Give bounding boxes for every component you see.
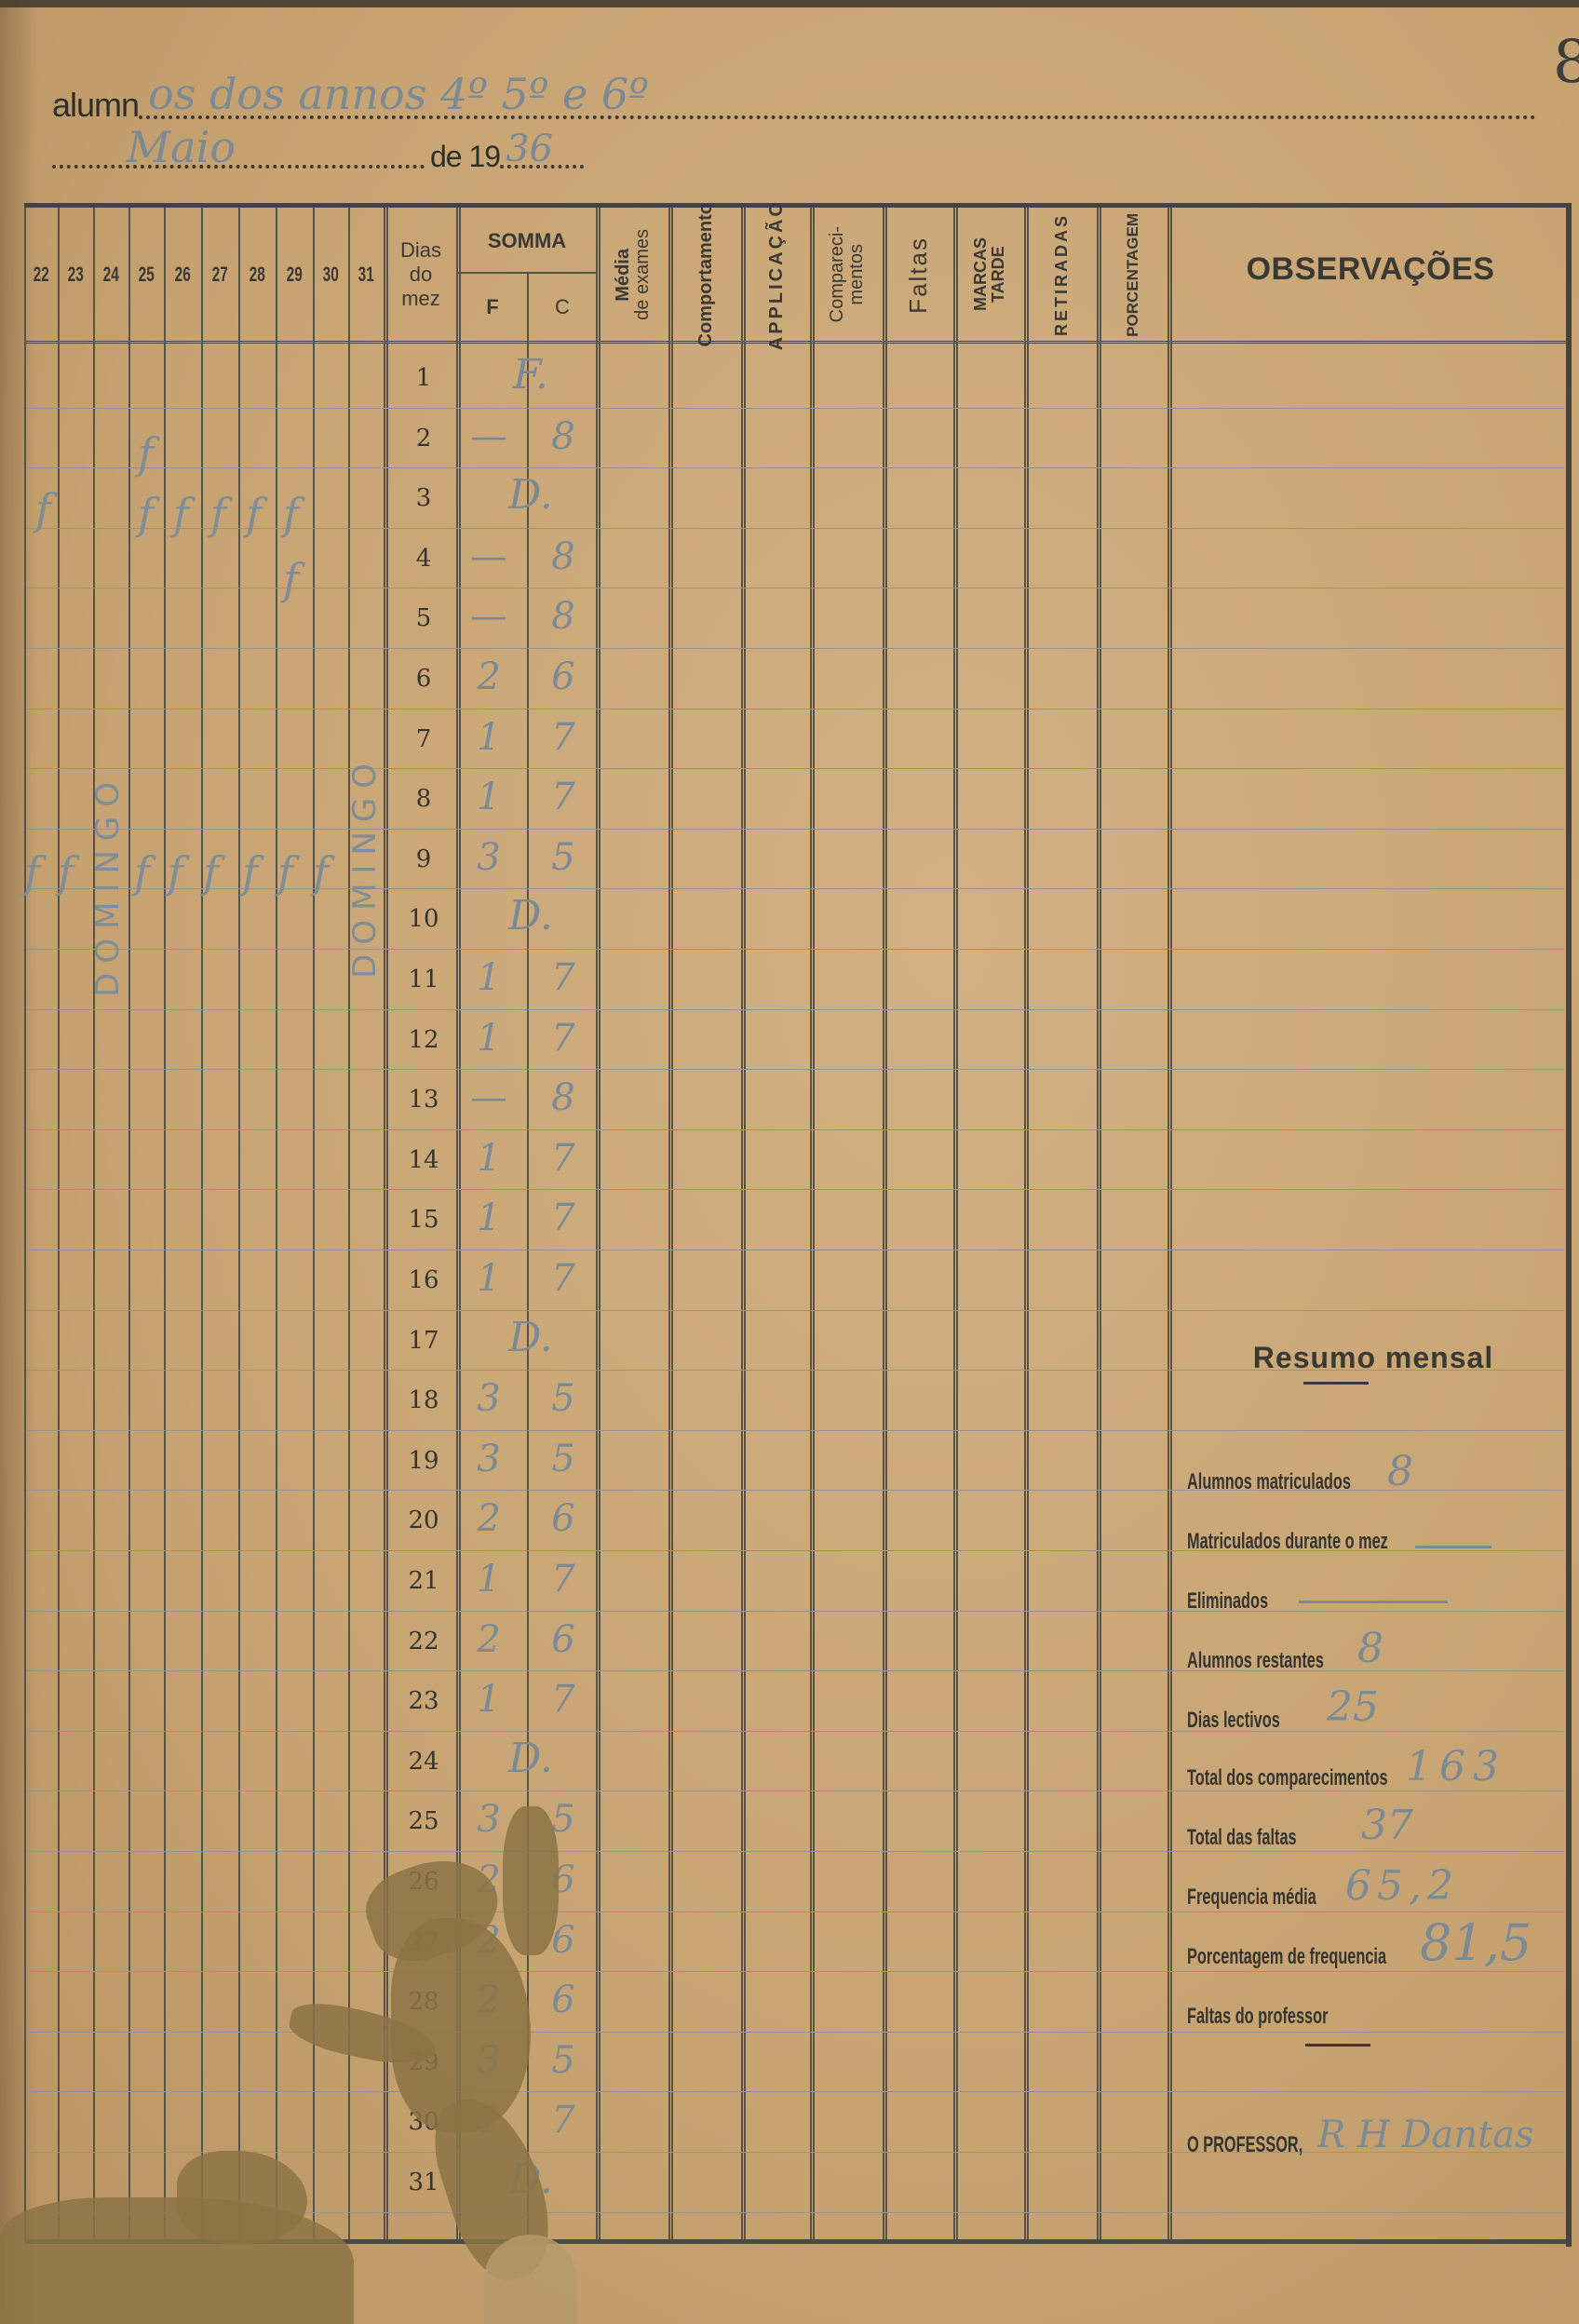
retiradas-header: RETIRADAS bbox=[1026, 210, 1097, 339]
paper-damage bbox=[503, 1806, 559, 1955]
year-dotted-field: 36 bbox=[500, 155, 584, 169]
col-line bbox=[238, 208, 240, 2239]
media-label: Média bbox=[614, 249, 633, 302]
somma-label: SOMMA bbox=[488, 229, 566, 253]
faltas-count: 1 bbox=[456, 1017, 521, 1060]
faltas-header: Faltas bbox=[884, 210, 953, 339]
row-line bbox=[26, 1129, 1564, 1130]
day-number: 19 bbox=[391, 1447, 456, 1475]
eliminados-label: Eliminados bbox=[1187, 1588, 1268, 1615]
absence-mark: f bbox=[246, 489, 262, 539]
comparecimentos-count: 7 bbox=[531, 1017, 596, 1060]
day-number: 2 bbox=[391, 425, 456, 453]
c-label: C bbox=[555, 295, 570, 319]
day-col-header: 22 bbox=[33, 263, 48, 287]
row-line bbox=[26, 829, 1564, 830]
porcentagem-frequencia-label: Porcentagem de frequencia bbox=[1187, 1944, 1386, 1970]
professor-signature: R H Dantas bbox=[1317, 2114, 1534, 2156]
somma-header: SOMMA bbox=[458, 210, 596, 272]
comparecimentos-count: 7 bbox=[531, 1196, 596, 1239]
day-number: 9 bbox=[391, 845, 456, 873]
de-exames-label: de exames bbox=[633, 229, 653, 320]
day-number: 12 bbox=[391, 1026, 456, 1054]
dias-lectivos-label: Dias lectivos bbox=[1187, 1708, 1280, 1734]
day-number: 22 bbox=[391, 1628, 456, 1655]
porcentagem-header: PORCENTAGEM bbox=[1099, 210, 1167, 339]
day-number: 11 bbox=[391, 966, 456, 993]
col-line bbox=[276, 208, 277, 2239]
row-line bbox=[26, 2091, 1564, 2092]
comparecimentos-count: 7 bbox=[531, 956, 596, 999]
observacoes-header: OBSERVAÇÕES bbox=[1175, 251, 1566, 288]
media-exames-header: Média de exames bbox=[598, 210, 668, 339]
mentos-label: mentos bbox=[847, 244, 867, 305]
faltas-count: 1 bbox=[456, 1137, 521, 1180]
row-line bbox=[26, 1069, 1564, 1070]
comparecimentos-count: 5 bbox=[531, 2039, 596, 2082]
absence-mark: f bbox=[277, 847, 293, 898]
paper-damage bbox=[484, 2235, 577, 2324]
absence-mark: f bbox=[58, 847, 74, 898]
professor-label: O PROFESSOR, bbox=[1187, 2132, 1302, 2158]
row-line bbox=[26, 1310, 1564, 1311]
day-status-mark: F. bbox=[475, 351, 587, 399]
day-number: 17 bbox=[391, 1327, 456, 1355]
day-col-header: 23 bbox=[67, 263, 83, 287]
day-number: 6 bbox=[391, 665, 456, 693]
col-line bbox=[883, 208, 887, 2239]
absence-mark: f bbox=[242, 847, 258, 898]
total-comparecimentos-label: Total dos comparecimentos bbox=[1187, 1765, 1388, 1791]
faltas-count: 3 bbox=[456, 1377, 521, 1420]
day-number: 8 bbox=[391, 785, 456, 813]
day-number: 20 bbox=[391, 1507, 456, 1534]
dias-lectivos-value: 25 bbox=[1327, 1683, 1379, 1731]
row-line bbox=[26, 1851, 1564, 1852]
absence-mark: f bbox=[134, 847, 150, 898]
comparecimentos-header: Compareci- mentos bbox=[812, 210, 883, 339]
total-comparecimentos-value: 163 bbox=[1406, 1743, 1506, 1790]
row-line bbox=[26, 1250, 1564, 1250]
col-line bbox=[741, 208, 746, 2239]
faltas-count: 1 bbox=[456, 1558, 521, 1601]
comparecimentos-count: 8 bbox=[531, 595, 596, 638]
row-line bbox=[26, 467, 1564, 468]
alumnos-restantes-value: 8 bbox=[1357, 1625, 1383, 1672]
comparecimentos-count: 7 bbox=[531, 1257, 596, 1300]
faltas-count: — bbox=[456, 1076, 521, 1119]
f-label: F bbox=[486, 295, 498, 319]
absence-mark: f bbox=[283, 489, 299, 539]
day-number: 23 bbox=[391, 1687, 456, 1715]
row-line bbox=[26, 588, 1564, 588]
col-line bbox=[596, 208, 601, 2239]
total-faltas-label: Total das faltas bbox=[1187, 1825, 1297, 1851]
year-value: 36 bbox=[506, 128, 553, 170]
day-number: 25 bbox=[391, 1807, 456, 1835]
faltas-count: 3 bbox=[456, 836, 521, 879]
col-line bbox=[128, 208, 130, 2239]
comparecimentos-count: 6 bbox=[531, 655, 596, 698]
absence-mark: f bbox=[138, 489, 154, 539]
marcas-tarde-label: MARCAS TARDE bbox=[972, 210, 1007, 339]
day-number: 18 bbox=[391, 1386, 456, 1414]
day-col-header: 27 bbox=[211, 263, 227, 287]
row-line bbox=[26, 2032, 1564, 2033]
faltas-count: 1 bbox=[456, 716, 521, 759]
col-line bbox=[1167, 208, 1172, 2239]
page-top-edge bbox=[0, 0, 1579, 7]
day-col-header: 24 bbox=[102, 263, 118, 287]
frequencia-media-label: Frequencia média bbox=[1187, 1885, 1316, 1911]
porcentagem-label: PORCENTAGEM bbox=[1125, 213, 1141, 337]
dias-do-mez-header: Dias do mez bbox=[385, 210, 456, 339]
applicacao-header: APPLICAÇÃO bbox=[743, 210, 810, 339]
col-line bbox=[313, 208, 315, 2239]
domingo-annotation: DOMINGO bbox=[346, 754, 384, 979]
alumn-value: os dos annos 4º 5º e 6º bbox=[148, 69, 649, 119]
porcentagem-frequencia-value: 81,5 bbox=[1420, 1913, 1532, 1972]
comparecimentos-count: 5 bbox=[531, 836, 596, 879]
col-line bbox=[1024, 208, 1029, 2239]
comportamento-label: Comportamento bbox=[696, 203, 716, 346]
resumo-underline bbox=[1303, 1382, 1369, 1385]
faltas-count: — bbox=[456, 415, 521, 458]
day-status-mark: D. bbox=[475, 1735, 587, 1782]
day-number: 4 bbox=[391, 545, 456, 573]
col-line bbox=[668, 208, 673, 2239]
col-line bbox=[953, 208, 958, 2239]
row-line bbox=[26, 1670, 1564, 1671]
resumo-mensal-title: Resumo mensal bbox=[1220, 1341, 1527, 1375]
matriculados-durante-dash bbox=[1415, 1546, 1491, 1548]
comparecimentos-count: 5 bbox=[531, 1438, 596, 1480]
absence-mark: f bbox=[138, 428, 154, 479]
total-faltas-value: 37 bbox=[1361, 1802, 1413, 1849]
day-number: 3 bbox=[391, 484, 456, 512]
faltas-count: 2 bbox=[456, 1618, 521, 1661]
faltas-count: 2 bbox=[456, 1497, 521, 1540]
comparecimentos-count: 6 bbox=[531, 1979, 596, 2021]
alumnos-restantes-label: Alumnos restantes bbox=[1187, 1648, 1324, 1674]
row-line bbox=[26, 408, 1564, 409]
row-line bbox=[26, 648, 1564, 649]
day-number: 7 bbox=[391, 725, 456, 753]
frequencia-media-value: 65,2 bbox=[1345, 1862, 1459, 1910]
row-line bbox=[26, 768, 1564, 769]
day-col-header: 26 bbox=[174, 263, 190, 287]
month-value: Maio bbox=[127, 122, 236, 172]
faltas-count: 1 bbox=[456, 1678, 521, 1721]
day-status-mark: D. bbox=[475, 892, 587, 939]
day-col-header: 29 bbox=[286, 263, 302, 287]
col-line bbox=[24, 208, 26, 2239]
day-col-header: 28 bbox=[249, 263, 264, 287]
alumnos-matriculados-label: Alumnos matriculados bbox=[1187, 1469, 1351, 1495]
faltas-count: 1 bbox=[456, 956, 521, 999]
absence-mark: f bbox=[35, 484, 51, 534]
comparecimentos-count: 7 bbox=[531, 1558, 596, 1601]
faltas-count: 2 bbox=[456, 655, 521, 698]
domingo-annotation: DOMINGO bbox=[89, 773, 127, 997]
day-number: 21 bbox=[391, 1567, 456, 1595]
comparecimentos-count: 6 bbox=[531, 1497, 596, 1540]
comparecimentos-count: 7 bbox=[531, 716, 596, 759]
page-number: 8 bbox=[1553, 28, 1579, 97]
row-line bbox=[26, 1189, 1564, 1190]
col-line bbox=[348, 208, 350, 2239]
absence-mark: f bbox=[313, 847, 329, 898]
row-line bbox=[26, 1430, 1564, 1431]
row-line bbox=[26, 949, 1564, 950]
marcas-tarde-header: MARCAS TARDE bbox=[955, 210, 1024, 339]
col-line bbox=[93, 208, 95, 2239]
f-header: F bbox=[458, 276, 527, 339]
faltas-label: Faltas bbox=[906, 236, 931, 314]
comparecimentos-count: 7 bbox=[531, 2099, 596, 2142]
day-col-header: 30 bbox=[322, 263, 338, 287]
absence-mark: f bbox=[210, 489, 226, 539]
mez-label: mez bbox=[401, 287, 440, 311]
month-dotted-field: Maio bbox=[52, 155, 425, 169]
day-status-mark: D. bbox=[475, 471, 587, 519]
absence-mark: f bbox=[173, 489, 189, 539]
comportamento-header: Comportamento bbox=[670, 210, 741, 339]
alumnos-matriculados-value: 8 bbox=[1387, 1448, 1413, 1495]
day-number: 14 bbox=[391, 1146, 456, 1174]
absence-mark: f bbox=[283, 554, 299, 604]
col-line bbox=[164, 208, 166, 2239]
faltas-professor-underline bbox=[1305, 2044, 1370, 2047]
faltas-count: 1 bbox=[456, 1257, 521, 1300]
faltas-count: 3 bbox=[456, 1438, 521, 1480]
retiradas-label: RETIRADAS bbox=[1053, 213, 1071, 336]
col-line bbox=[810, 208, 815, 2239]
somma-divider bbox=[458, 272, 596, 274]
faltas-count: 1 bbox=[456, 1196, 521, 1239]
day-col-header: 25 bbox=[138, 263, 154, 287]
row-line bbox=[26, 1611, 1564, 1612]
day-number: 1 bbox=[391, 364, 456, 392]
compareci-label: Compareci- bbox=[828, 226, 847, 322]
comparecimentos-count: 6 bbox=[531, 1618, 596, 1661]
day-number: 16 bbox=[391, 1266, 456, 1294]
comparecimentos-count: 7 bbox=[531, 776, 596, 818]
faltas-count: 1 bbox=[456, 776, 521, 818]
comparecimentos-count: 5 bbox=[531, 1377, 596, 1420]
alumn-line: alumn os dos annos 4º 5º e 6º bbox=[52, 86, 1536, 125]
row-line bbox=[26, 709, 1564, 709]
col-line bbox=[201, 208, 203, 2239]
faltas-count: — bbox=[456, 535, 521, 578]
do-label: do bbox=[410, 263, 432, 287]
day-status-mark: D. bbox=[475, 1314, 587, 1361]
alumn-label: alumn bbox=[52, 86, 139, 125]
header-divider bbox=[24, 341, 1566, 344]
comparecimentos-count: 7 bbox=[531, 1678, 596, 1721]
matriculados-durante-label: Matriculados durante o mez bbox=[1187, 1529, 1388, 1555]
row-line bbox=[26, 1912, 1564, 1912]
faltas-count: — bbox=[456, 595, 521, 638]
day-number: 15 bbox=[391, 1206, 456, 1234]
comparecimentos-count: 8 bbox=[531, 535, 596, 578]
comparecimentos-count: 8 bbox=[531, 415, 596, 458]
col-line bbox=[1097, 208, 1101, 2239]
comparecimentos-count: 7 bbox=[531, 1137, 596, 1180]
absence-mark: f bbox=[168, 847, 183, 898]
faltas-professor-label: Faltas do professor bbox=[1187, 2004, 1328, 2030]
alumn-dotted-field: os dos annos 4º 5º e 6º bbox=[139, 106, 1536, 119]
day-number: 24 bbox=[391, 1748, 456, 1776]
comparecimentos-count: 8 bbox=[531, 1076, 596, 1119]
absence-mark: f bbox=[203, 847, 219, 898]
c-header: C bbox=[529, 276, 596, 339]
day-number: 5 bbox=[391, 604, 456, 632]
col-line bbox=[58, 208, 60, 2239]
eliminados-dash bbox=[1299, 1601, 1448, 1603]
day-number: 10 bbox=[391, 905, 456, 933]
absence-mark: f bbox=[24, 847, 40, 898]
year-label: de 19 bbox=[430, 140, 500, 174]
row-line bbox=[26, 1009, 1564, 1010]
row-line bbox=[26, 1971, 1564, 1972]
month-line: Maio de 19 36 bbox=[52, 140, 601, 174]
day-col-header: 31 bbox=[358, 263, 373, 287]
dias-label: Dias bbox=[400, 238, 441, 263]
applicacao-label: APPLICAÇÃO bbox=[767, 199, 787, 350]
day-number: 13 bbox=[391, 1086, 456, 1114]
